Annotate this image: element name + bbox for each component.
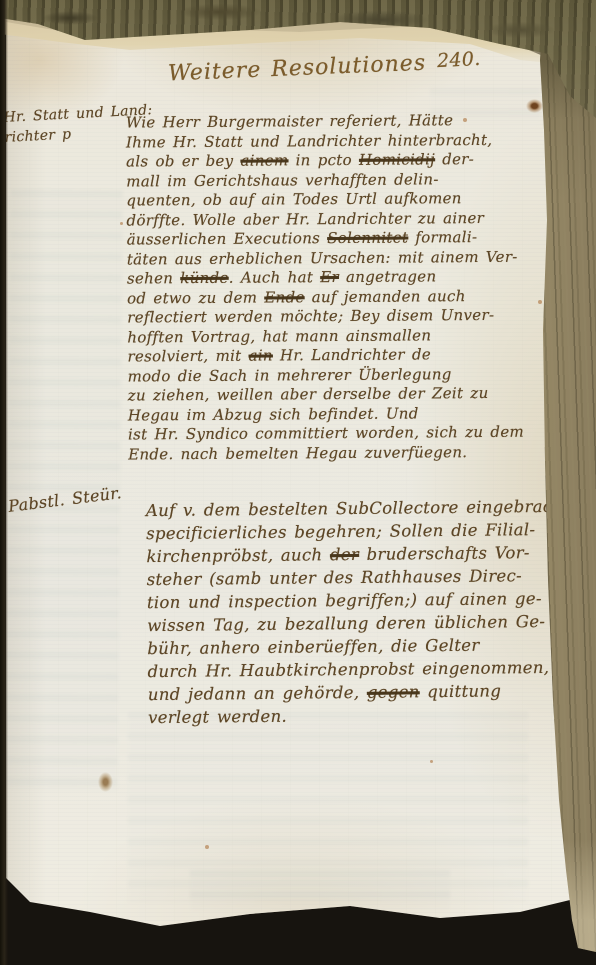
foxing-speck	[538, 300, 542, 304]
margin-note-line: Pabstl. Steür.	[7, 483, 123, 517]
manuscript-scan: Weitere Resolutiones 240. Hr. Statt und …	[0, 0, 596, 965]
ink-stain	[98, 772, 113, 792]
resolution-paragraph-1: Wie Herr Burgermaister referiert, HätteI…	[126, 111, 548, 465]
foxing-speck	[205, 845, 209, 849]
page-heading: Weitere Resolutiones	[168, 51, 427, 87]
manuscript-line: verlegt werden.	[148, 702, 558, 729]
manuscript-line: zu ziehen, weillen aber derselbe der Zei…	[128, 384, 548, 406]
foxing-speck	[463, 118, 467, 122]
margin-note-pabstl-steuer: Pabstl. Steür.	[7, 483, 123, 517]
manuscript-line: reflectiert werden möchte; Bey disem Unv…	[127, 306, 547, 328]
foxing-speck	[120, 222, 123, 225]
manuscript-page: Weitere Resolutiones 240. Hr. Statt und …	[0, 0, 596, 965]
foxing-speck	[583, 180, 588, 185]
resolution-paragraph-2: Auf v. dem bestelten SubCollectore einge…	[146, 495, 558, 729]
verso-showthrough	[128, 712, 528, 902]
foxing-speck	[560, 520, 563, 523]
manuscript-line: Ihme Hr. Statt und Landrichter hinterbra…	[126, 130, 546, 152]
manuscript-line: Ende. nach bemelten Hegau zuverfüegen.	[128, 442, 548, 464]
page-number: 240.	[436, 48, 481, 72]
manuscript-line: dörffte. Wolle aber Hr. Landrichter zu a…	[126, 208, 546, 230]
manuscript-line: wissen Tag, zu bezallung deren üblichen …	[147, 610, 557, 637]
manuscript-line: täten aus erheblichen Ursachen: mit aine…	[127, 247, 547, 269]
manuscript-line: ist Hr. Syndico committiert worden, sich…	[128, 423, 548, 445]
manuscript-line: und jedann an gehörde, gegen quittung	[148, 679, 558, 706]
foxing-speck	[430, 760, 433, 763]
verso-showthrough	[190, 870, 450, 910]
